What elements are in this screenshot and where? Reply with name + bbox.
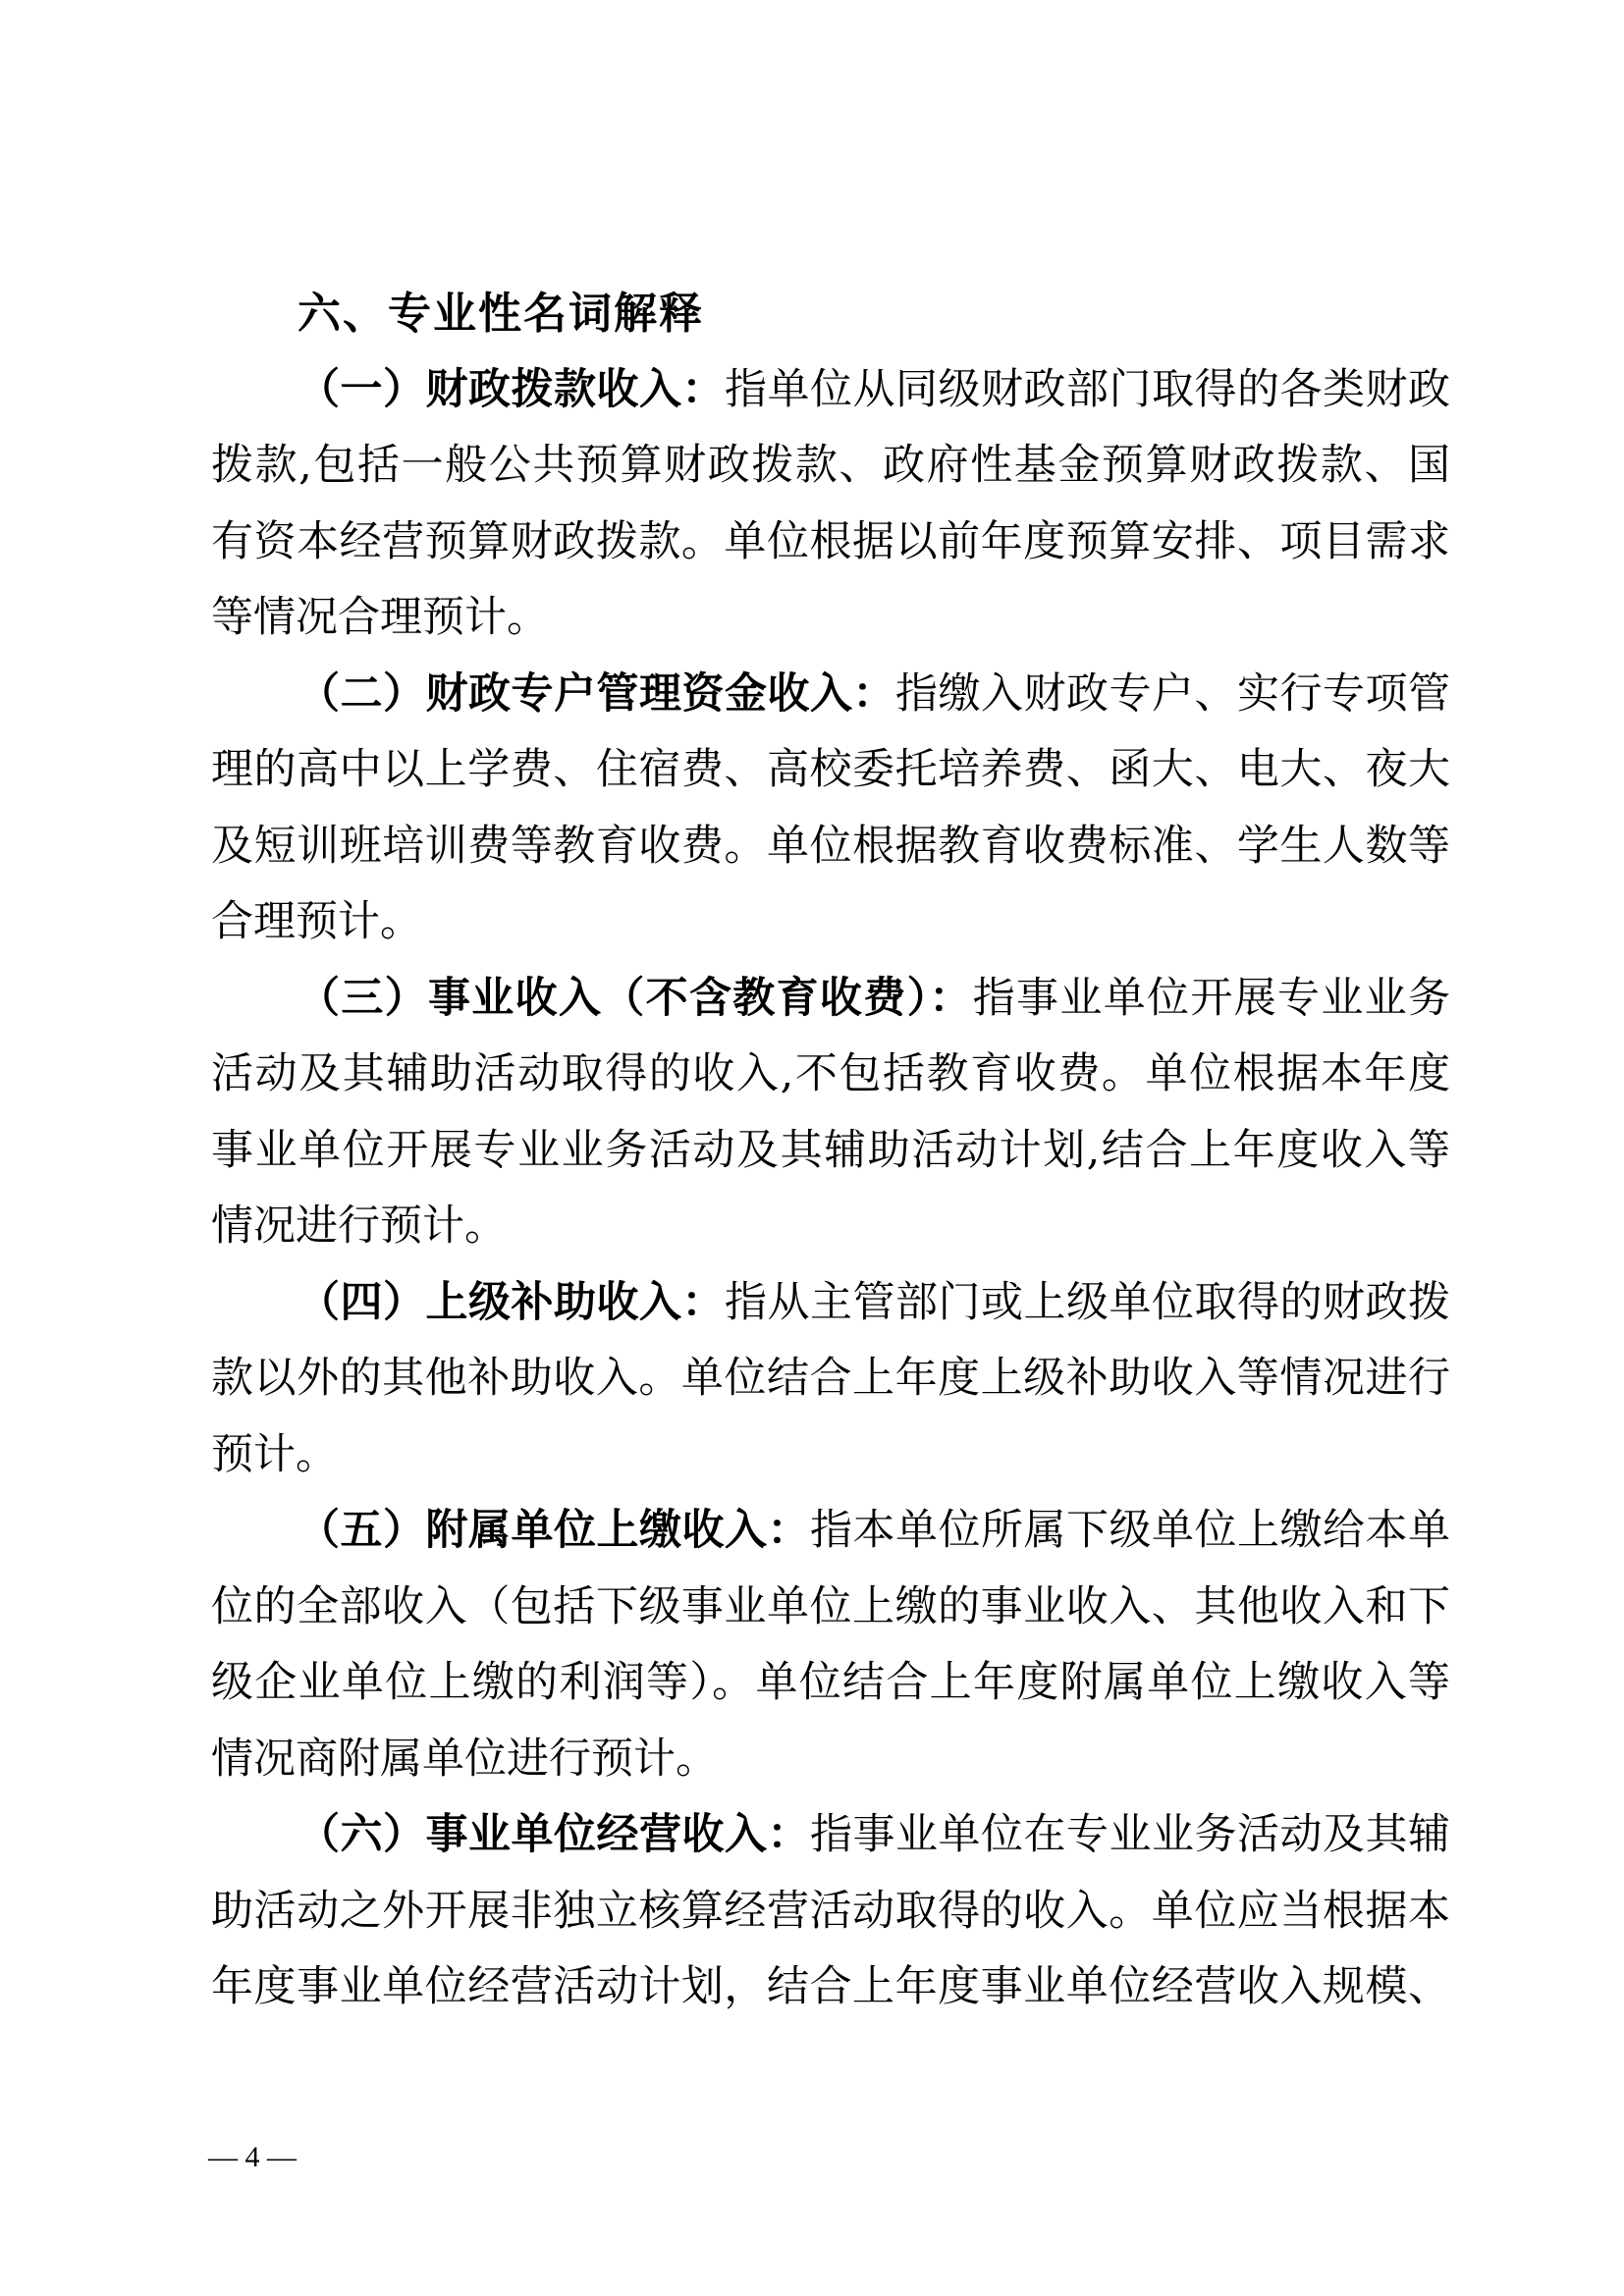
paragraph-5-line-1: （五）附属单位上缴收入：指本单位所属下级单位上缴给本单 — [211, 1493, 1450, 1570]
paragraph-1-line-4: 等情况合理预计。 — [211, 580, 1450, 657]
paragraph-2-line-2: 理的高中以上学费、住宿费、高校委托培养费、函大、电大、夜大 — [211, 732, 1450, 809]
paragraph-1-line-2: 拨款,包括一般公共预算财政拨款、政府性基金预算财政拨款、国 — [211, 428, 1450, 505]
term-label: （五）附属单位上缴收入： — [298, 1506, 810, 1555]
paragraph-5-line-4: 情况商附属单位进行预计。 — [211, 1722, 1450, 1798]
term-label: （二）财政专户管理资金收入： — [298, 669, 895, 719]
paragraph-3-line-4: 情况进行预计。 — [211, 1189, 1450, 1265]
term-label: （四）上级补助收入： — [298, 1278, 725, 1327]
paragraph-3-line-2: 活动及其辅助活动取得的收入,不包括教育收费。单位根据本年度 — [211, 1037, 1450, 1113]
paragraph-2-line-4: 合理预计。 — [211, 884, 1450, 961]
paragraph-text: 指从主管部门或上级单位取得的财政拨 — [725, 1278, 1450, 1327]
paragraph-text: 指缴入财政专户、实行专项管 — [895, 669, 1450, 719]
paragraph-6-line-2: 助活动之外开展非独立核算经营活动取得的收入。单位应当根据本 — [211, 1874, 1450, 1950]
paragraph-6-line-3: 年度事业单位经营活动计划，结合上年度事业单位经营收入规模、 — [211, 1949, 1450, 2026]
paragraph-text: 指单位从同级财政部门取得的各类财政 — [725, 365, 1450, 414]
term-label: （三）事业收入（不含教育收费）： — [298, 974, 973, 1023]
page-number: — 4 — — [208, 2138, 297, 2177]
paragraph-2-line-1: （二）财政专户管理资金收入：指缴入财政专户、实行专项管 — [211, 657, 1450, 733]
term-label: （六）事业单位经营收入： — [298, 1810, 810, 1859]
paragraph-1-line-3: 有资本经营预算财政拨款。单位根据以前年度预算安排、项目需求 — [211, 505, 1450, 581]
paragraph-4-line-2: 款以外的其他补助收入。单位结合上年度上级补助收入等情况进行 — [211, 1341, 1450, 1417]
paragraph-text: 指事业单位在专业业务活动及其辅 — [810, 1810, 1450, 1859]
paragraph-4-line-3: 预计。 — [211, 1417, 1450, 1494]
paragraph-1-line-1: （一）财政拨款收入：指单位从同级财政部门取得的各类财政 — [211, 352, 1450, 429]
paragraph-4-line-1: （四）上级补助收入：指从主管部门或上级单位取得的财政拨 — [211, 1265, 1450, 1342]
term-label: （一）财政拨款收入： — [298, 365, 725, 414]
document-page: 六、专业性名词解释 （一）财政拨款收入：指单位从同级财政部门取得的各类财政 拨款… — [0, 0, 1624, 2296]
paragraph-2-line-3: 及短训班培训费等教育收费。单位根据教育收费标准、学生人数等 — [211, 809, 1450, 885]
paragraph-text: 指事业单位开展专业业务 — [973, 974, 1450, 1023]
paragraph-6-line-1: （六）事业单位经营收入：指事业单位在专业业务活动及其辅 — [211, 1797, 1450, 1874]
paragraph-5-line-2: 位的全部收入（包括下级事业单位上缴的事业收入、其他收入和下 — [211, 1570, 1450, 1646]
section-heading: 六、专业性名词解释 — [211, 276, 1450, 352]
document-body: 六、专业性名词解释 （一）财政拨款收入：指单位从同级财政部门取得的各类财政 拨款… — [211, 276, 1450, 2026]
paragraph-3-line-3: 事业单位开展专业业务活动及其辅助活动计划,结合上年度收入等 — [211, 1113, 1450, 1190]
paragraph-5-line-3: 级企业单位上缴的利润等）。单位结合上年度附属单位上缴收入等 — [211, 1645, 1450, 1722]
paragraph-3-line-1: （三）事业收入（不含教育收费）：指事业单位开展专业业务 — [211, 961, 1450, 1038]
paragraph-text: 指本单位所属下级单位上缴给本单 — [810, 1506, 1450, 1555]
